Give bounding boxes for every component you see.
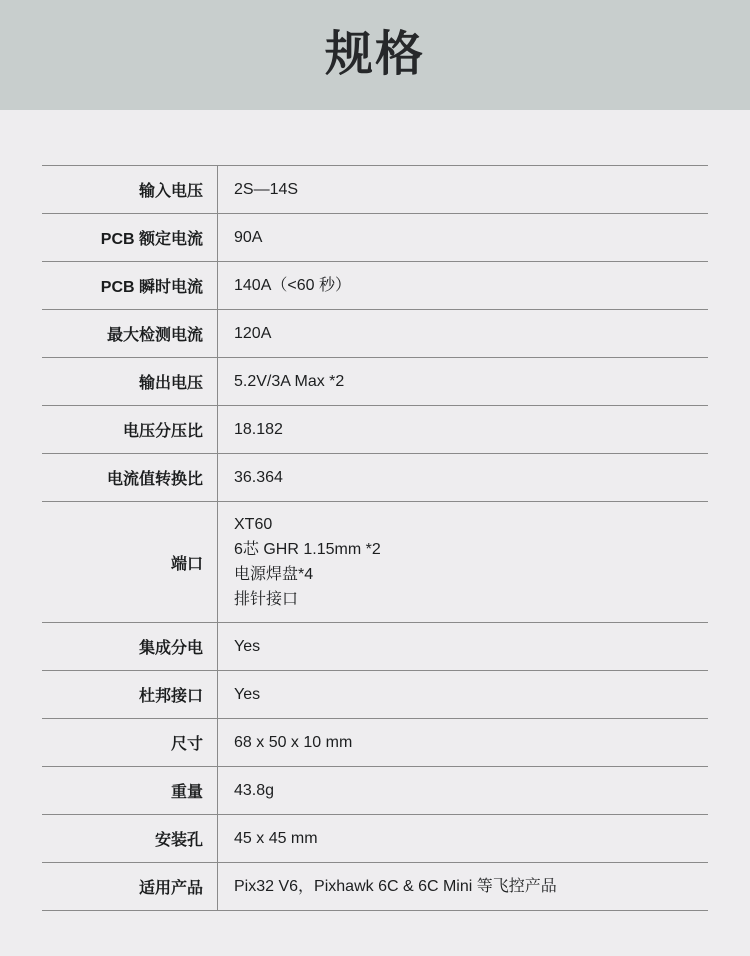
spec-row: 端口XT60 6芯 GHR 1.15mm *2 电源焊盘*4 排针接口 — [42, 502, 708, 623]
spec-value: 18.182 — [218, 406, 708, 453]
spec-label: 电压分压比 — [42, 406, 218, 453]
spec-row: 电压分压比18.182 — [42, 406, 708, 454]
spec-value: 90A — [218, 214, 708, 261]
page-header: 规格 — [0, 0, 750, 110]
spec-label: 端口 — [42, 502, 218, 622]
spec-row: 安装孔45 x 45 mm — [42, 815, 708, 863]
spec-row: PCB 瞬时电流140A（<60 秒） — [42, 262, 708, 310]
spec-row: 杜邦接口Yes — [42, 671, 708, 719]
spec-value: Yes — [218, 623, 708, 670]
spec-value: 45 x 45 mm — [218, 815, 708, 862]
spec-value: Yes — [218, 671, 708, 718]
spec-label: PCB 额定电流 — [42, 214, 218, 261]
spec-value: 2S—14S — [218, 166, 708, 213]
spec-label: 重量 — [42, 767, 218, 814]
spec-label: 集成分电 — [42, 623, 218, 670]
spec-label: 电流值转换比 — [42, 454, 218, 501]
spec-label: 安装孔 — [42, 815, 218, 862]
spec-value: XT60 6芯 GHR 1.15mm *2 电源焊盘*4 排针接口 — [218, 502, 708, 622]
spec-value: 36.364 — [218, 454, 708, 501]
spec-row: 输入电压2S—14S — [42, 166, 708, 214]
spec-label: 输入电压 — [42, 166, 218, 213]
spec-row: 最大检测电流120A — [42, 310, 708, 358]
spec-label: 尺寸 — [42, 719, 218, 766]
spec-value: 140A（<60 秒） — [218, 262, 708, 309]
spec-row: PCB 额定电流90A — [42, 214, 708, 262]
spec-value: 120A — [218, 310, 708, 357]
spec-value: 43.8g — [218, 767, 708, 814]
spec-row: 尺寸68 x 50 x 10 mm — [42, 719, 708, 767]
spec-value: 5.2V/3A Max *2 — [218, 358, 708, 405]
spec-value: 68 x 50 x 10 mm — [218, 719, 708, 766]
spec-row: 重量43.8g — [42, 767, 708, 815]
spec-label: 输出电压 — [42, 358, 218, 405]
spec-label: 适用产品 — [42, 863, 218, 910]
spec-value: Pix32 V6，Pixhawk 6C & 6C Mini 等飞控产品 — [218, 863, 708, 910]
spec-table: 输入电压2S—14SPCB 额定电流90APCB 瞬时电流140A（<60 秒）… — [42, 165, 708, 911]
spec-label: PCB 瞬时电流 — [42, 262, 218, 309]
page-title: 规格 — [325, 31, 425, 79]
spec-label: 最大检测电流 — [42, 310, 218, 357]
spec-row: 适用产品Pix32 V6，Pixhawk 6C & 6C Mini 等飞控产品 — [42, 863, 708, 911]
spec-label: 杜邦接口 — [42, 671, 218, 718]
spec-row: 输出电压5.2V/3A Max *2 — [42, 358, 708, 406]
spec-row: 电流值转换比36.364 — [42, 454, 708, 502]
spec-row: 集成分电Yes — [42, 623, 708, 671]
